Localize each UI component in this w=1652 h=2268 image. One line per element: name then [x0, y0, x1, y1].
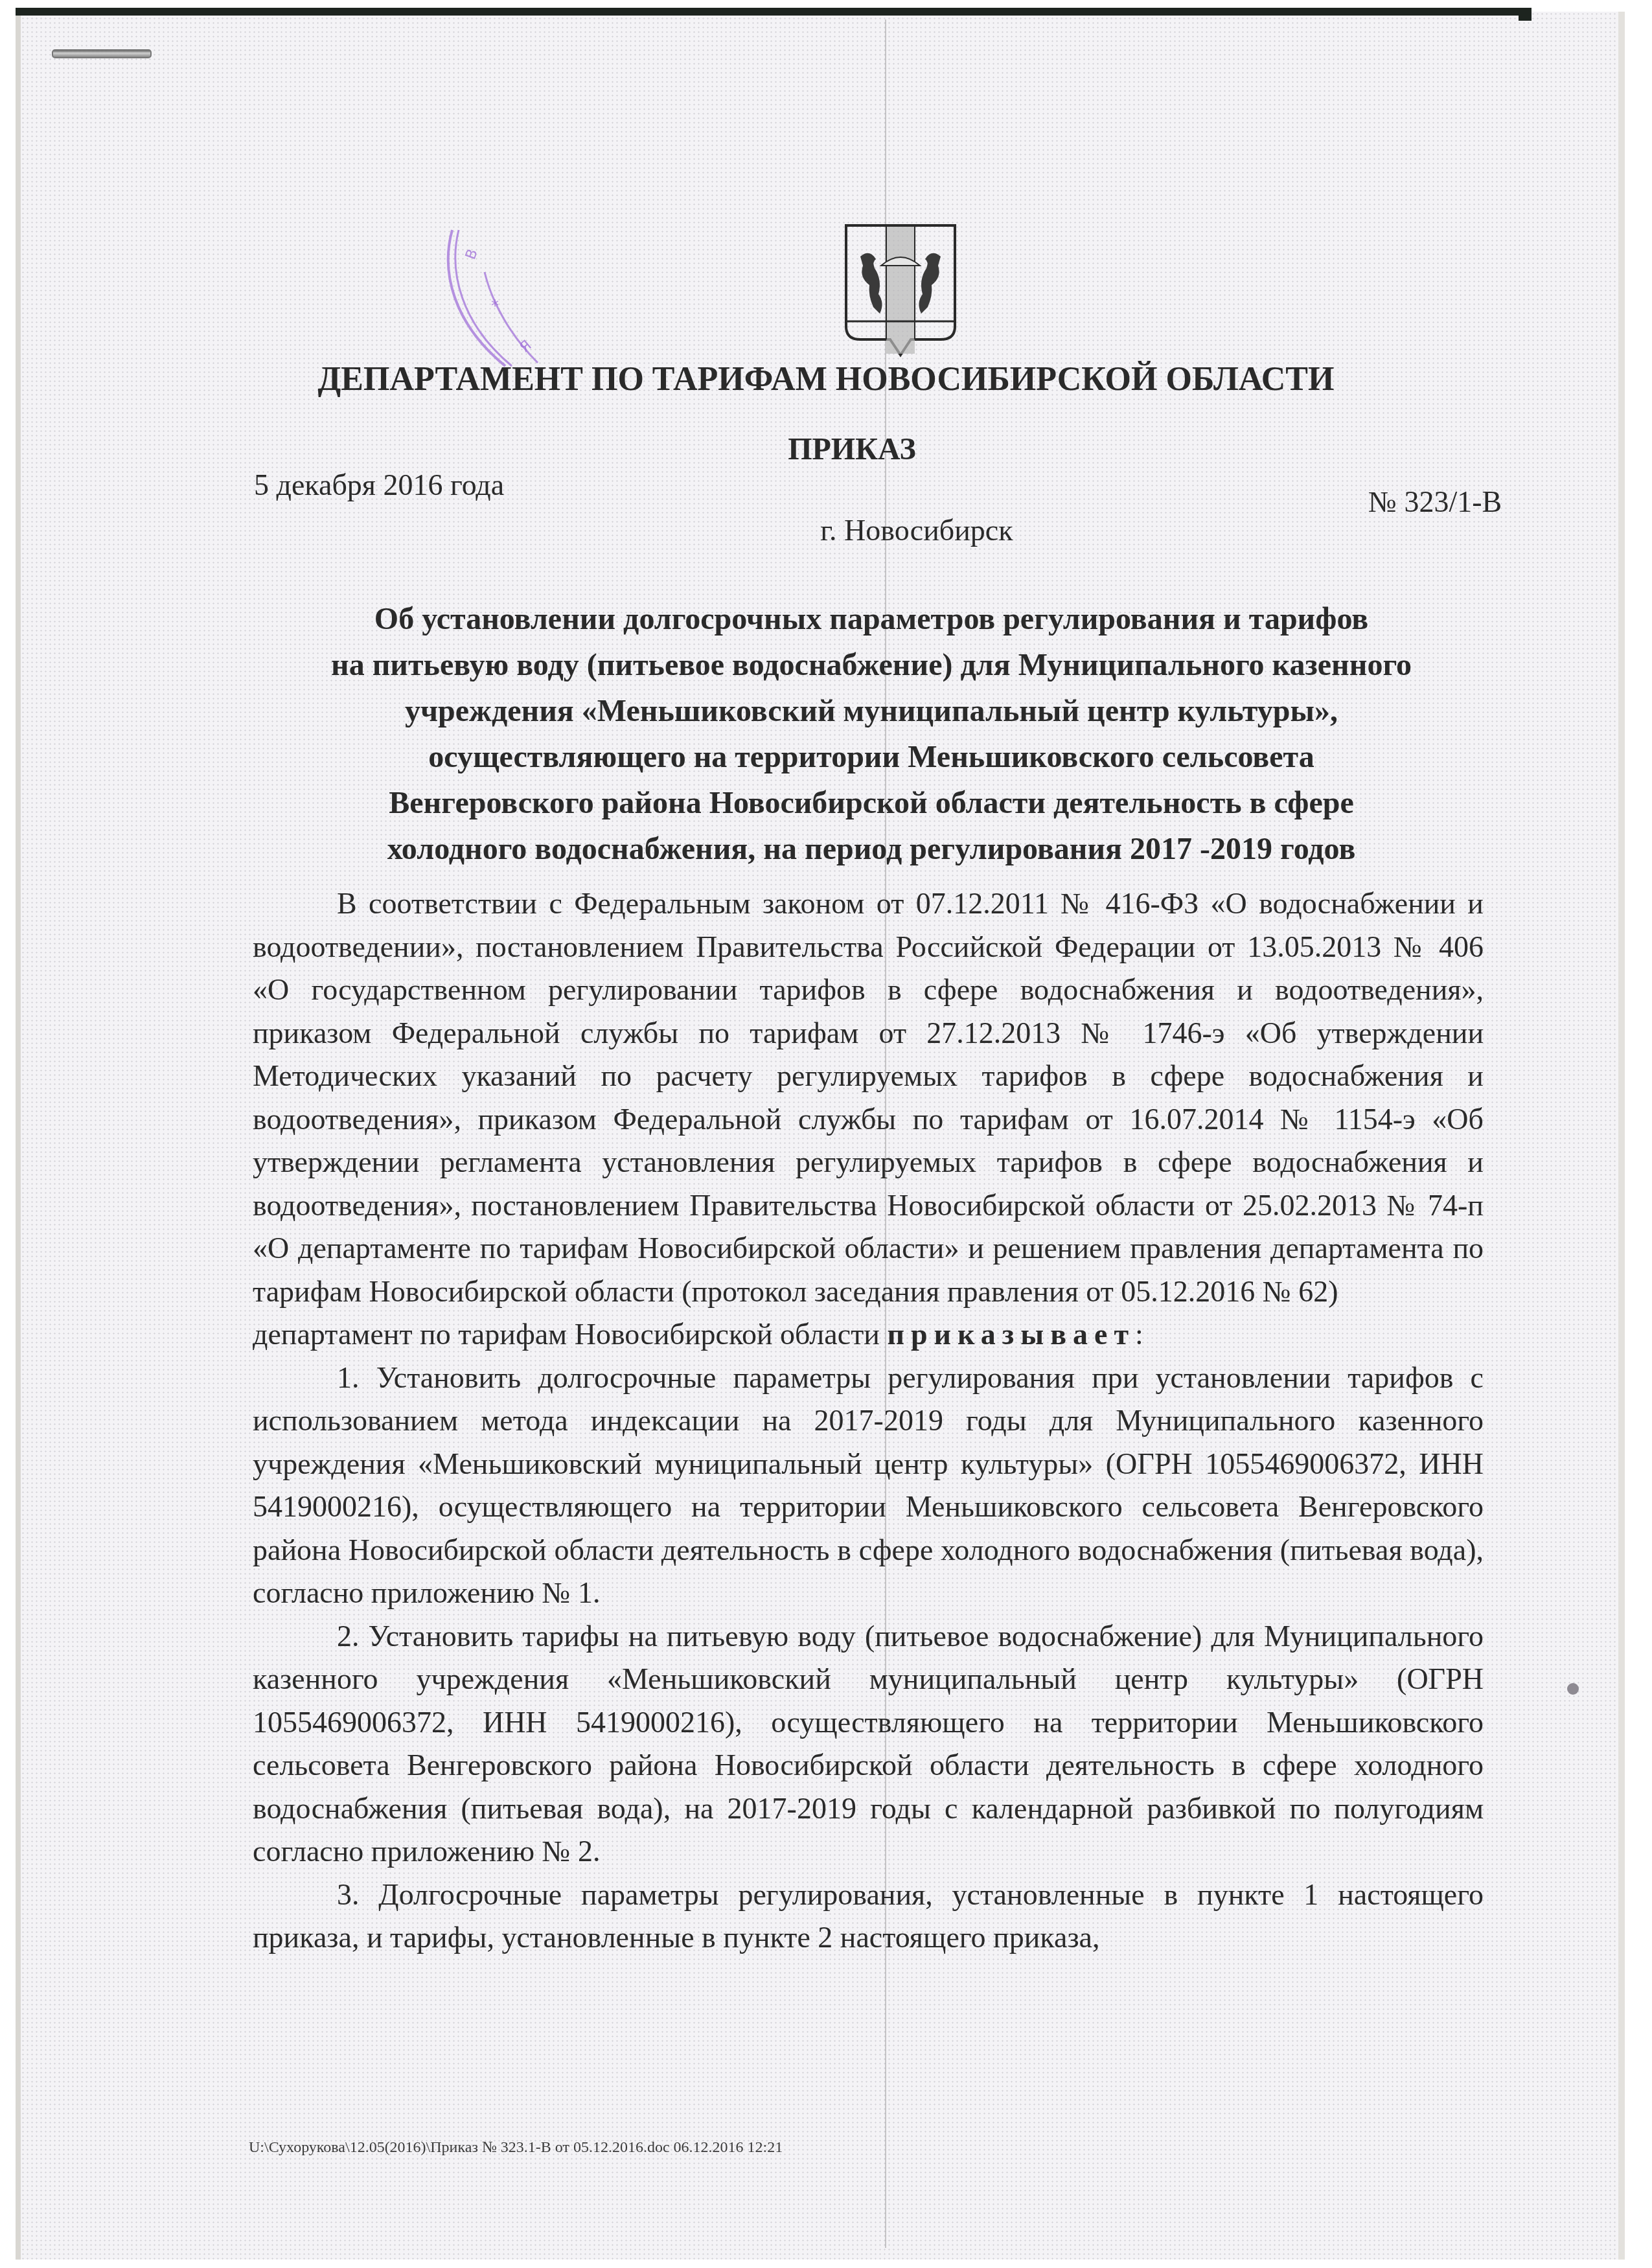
order-subject: Об установлении долгосрочных параметров …: [253, 596, 1490, 872]
order-item-2: 2. Установить тарифы на питьевую воду (п…: [253, 1615, 1484, 1873]
order-body: В соответствии с Федеральным законом от …: [253, 882, 1484, 1960]
order-item-1: 1. Установить долгосрочные параметры рег…: [253, 1357, 1484, 1615]
subject-line: осуществляющего на территории Меньшиковс…: [253, 734, 1490, 780]
order-date: 5 декабря 2016 года: [254, 468, 504, 502]
scan-top-edge: [16, 8, 1519, 16]
footer-file-path: U:\Сухорукова\12.05(2016)\Приказ № 323.1…: [249, 2139, 783, 2157]
preamble-paragraph: В соответствии с Федеральным законом от …: [253, 882, 1484, 1313]
subject-line: Венгеровского района Новосибирской облас…: [253, 780, 1490, 826]
subject-line: Об установлении долгосрочных параметров …: [253, 596, 1490, 642]
staple-icon: [52, 49, 152, 58]
scan-corner: [1519, 8, 1532, 21]
orders-verb: приказывает: [887, 1318, 1135, 1351]
coat-of-arms-icon: [843, 223, 958, 358]
orders-colon: :: [1135, 1318, 1143, 1351]
stamp-letter: В: [463, 247, 481, 262]
orders-lead: департамент по тарифам Новосибирской обл…: [253, 1318, 887, 1351]
punch-hole-dot: [1567, 1683, 1579, 1695]
order-item-3: 3. Долгосрочные параметры регулирования,…: [253, 1873, 1484, 1960]
subject-line: холодного водоснабжения, на период регул…: [253, 826, 1490, 872]
orders-line: департамент по тарифам Новосибирской обл…: [253, 1313, 1484, 1357]
order-city: г. Новосибирск: [91, 513, 1652, 547]
department-title: ДЕПАРТАМЕНТ ПО ТАРИФАМ НОВОСИБИРСКОЙ ОБЛ…: [0, 360, 1652, 398]
stamp-icon: В * Я: [434, 220, 564, 369]
subject-line: учреждения «Меньшиковский муниципальный …: [253, 688, 1490, 734]
subject-line: на питьевую воду (питьевое водоснабжение…: [253, 642, 1490, 688]
document-type: ПРИКАЗ: [26, 431, 1652, 467]
svg-text:*: *: [491, 297, 499, 315]
svg-text:Я: Я: [517, 338, 535, 356]
